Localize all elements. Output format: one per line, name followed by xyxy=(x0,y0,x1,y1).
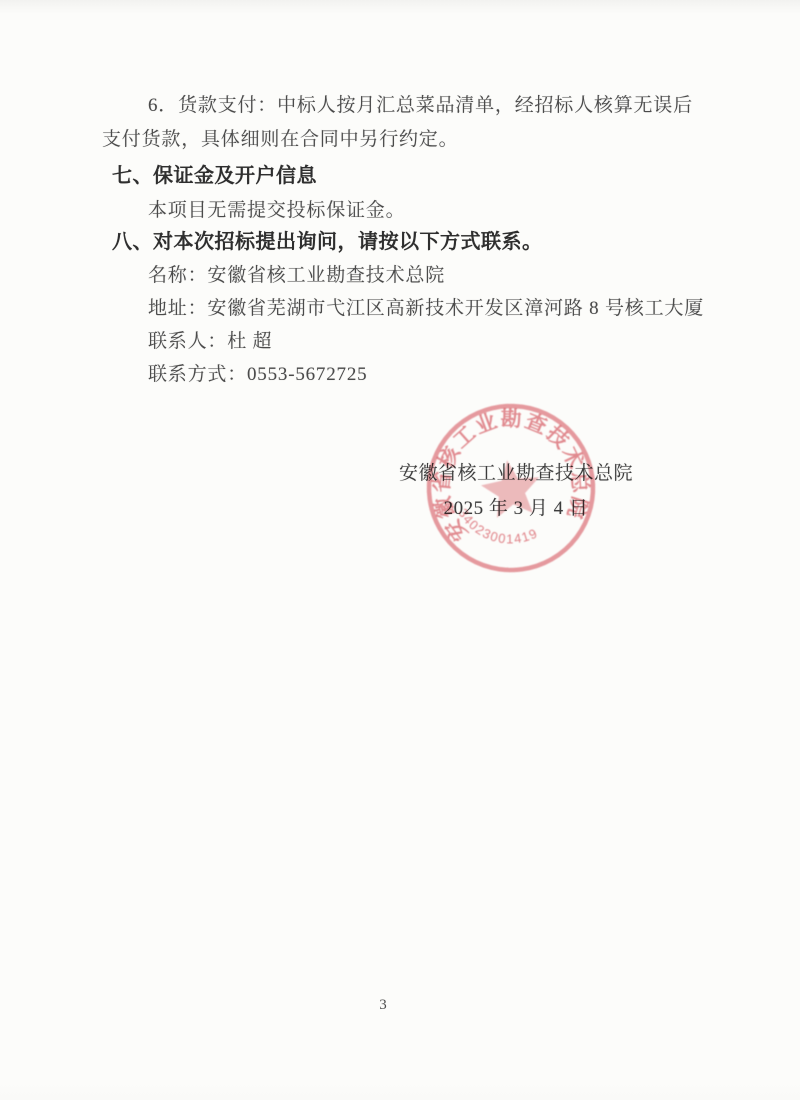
section-7-heading: 七、保证金及开户信息 xyxy=(112,164,317,188)
contact-person-line: 联系人：杜 超 xyxy=(148,330,272,354)
section-7-body: 本项目无需提交投标保证金。 xyxy=(148,199,405,223)
seal-star-icon xyxy=(478,456,544,519)
page-number: 3 xyxy=(368,997,398,1014)
scanned-document-page: 6．货款支付：中标人按月汇总菜品清单，经招标人核算无误后 支付货款，具体细则在合… xyxy=(0,0,800,1100)
contact-phone-line: 联系方式：0553-5672725 xyxy=(148,363,367,387)
contact-address-line: 地址：安徽省芜湖市弋江区高新技术开发区漳河路 8 号核工大厦 xyxy=(148,297,704,321)
paragraph-6-line-1: 6．货款支付：中标人按月汇总菜品清单，经招标人核算无误后 xyxy=(148,94,693,118)
contact-name-line: 名称：安徽省核工业勘查技术总院 xyxy=(148,264,445,288)
paragraph-6-line-2: 支付货款，具体细则在合同中另行约定。 xyxy=(102,128,458,152)
official-seal-stamp-icon: 安徽省核工业勘查技术总院 3402300141968 xyxy=(409,386,612,589)
section-8-heading: 八、对本次招标提出询问，请按以下方式联系。 xyxy=(112,230,543,254)
